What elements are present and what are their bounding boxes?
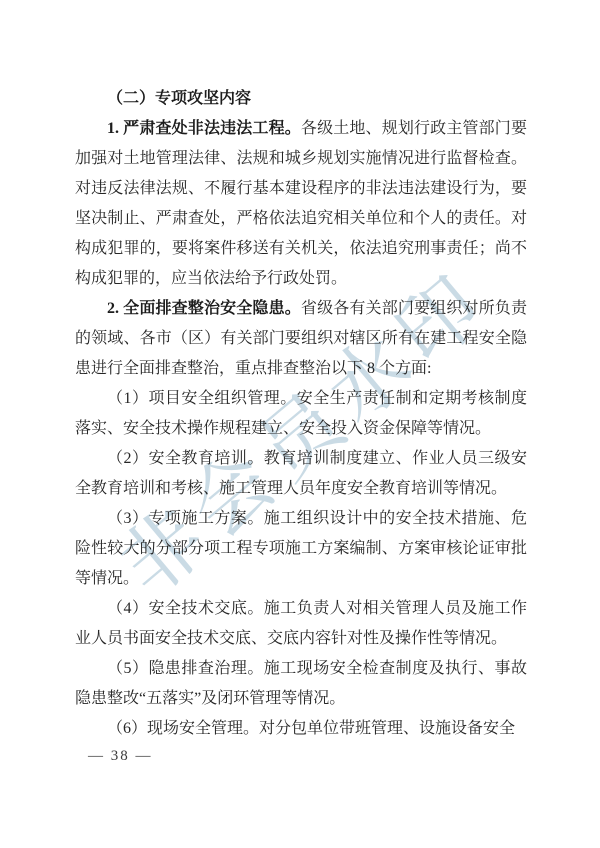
page-number: — 38 — bbox=[88, 746, 153, 766]
item-1-text: （1）项目安全组织管理。安全生产责任制和定期考核制度落实、安全技术操作规程建立、… bbox=[75, 390, 527, 437]
document-page: 非会员水印 （二）专项攻坚内容 1. 严肃查处非法违法工程。各级土地、规划行政主… bbox=[0, 0, 600, 848]
item-6-text: （6）现场安全管理。对分包单位带班管理、设施设备安全 bbox=[107, 720, 515, 737]
section-heading: （二）专项攻坚内容 bbox=[75, 84, 527, 114]
item-6-site-safety-management: （6）现场安全管理。对分包单位带班管理、设施设备安全 bbox=[75, 714, 527, 744]
para-2-hazard-screening: 2. 全面排查整治安全隐患。省级各有关部门要组织对所负责的领域、各市（区）有关部… bbox=[75, 294, 527, 384]
item-3-text: （3）专项施工方案。施工组织设计中的安全技术措施、危险性较大的分部分项工程专项施… bbox=[75, 510, 527, 587]
item-2-safety-training: （2）安全教育培训。教育培训制度建立、作业人员三级安全教育培训和考核、施工管理人… bbox=[75, 444, 527, 504]
item-2-text: （2）安全教育培训。教育培训制度建立、作业人员三级安全教育培训和考核、施工管理人… bbox=[75, 450, 527, 497]
para-2-lead: 2. 全面排查整治安全隐患。 bbox=[107, 300, 301, 317]
item-4-technical-disclosure: （4）安全技术交底。施工负责人对相关管理人员及施工作业人员书面安全技术交底、交底… bbox=[75, 594, 527, 654]
para-1-text: 各级土地、规划行政主管部门要加强对土地管理法律、法规和城乡规划实施情况进行监督检… bbox=[75, 120, 527, 287]
para-1-lead: 1. 严肃查处非法违法工程。 bbox=[107, 120, 301, 137]
document-content: （二）专项攻坚内容 1. 严肃查处非法违法工程。各级土地、规划行政主管部门要加强… bbox=[75, 84, 527, 744]
item-1-safety-organization: （1）项目安全组织管理。安全生产责任制和定期考核制度落实、安全技术操作规程建立、… bbox=[75, 384, 527, 444]
item-5-text: （5）隐患排查治理。施工现场安全检查制度及执行、事故隐患整改“五落实”及闭环管理… bbox=[75, 660, 527, 707]
item-4-text: （4）安全技术交底。施工负责人对相关管理人员及施工作业人员书面安全技术交底、交底… bbox=[75, 600, 527, 647]
item-5-hazard-rectification: （5）隐患排查治理。施工现场安全检查制度及执行、事故隐患整改“五落实”及闭环管理… bbox=[75, 654, 527, 714]
para-1-illegal-projects: 1. 严肃查处非法违法工程。各级土地、规划行政主管部门要加强对土地管理法律、法规… bbox=[75, 114, 527, 294]
item-3-special-construction-plan: （3）专项施工方案。施工组织设计中的安全技术措施、危险性较大的分部分项工程专项施… bbox=[75, 504, 527, 594]
